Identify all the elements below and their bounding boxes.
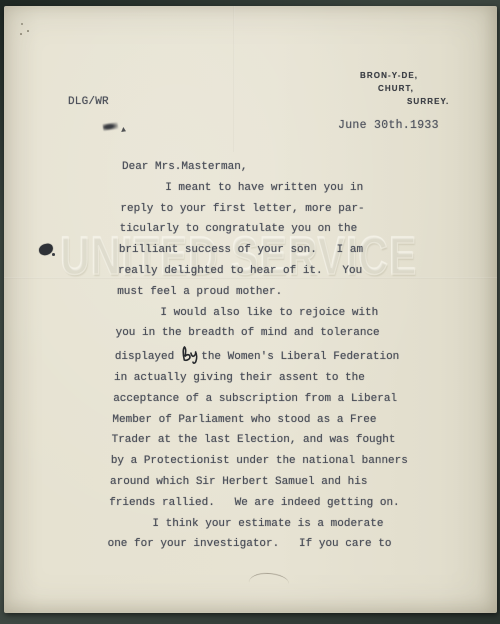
letter-line: Dear Mrs.Masterman, <box>122 157 408 178</box>
paper-speck <box>21 23 23 25</box>
letter-line: I would also like to rejoice with <box>116 303 407 324</box>
ink-smudge <box>103 122 119 131</box>
letter-body: Dear Mrs.Masterman,I meant to have writt… <box>122 157 408 555</box>
letterhead-address-line-3: SURREY. <box>407 97 449 106</box>
letter-line: by a Protectionist under the national ba… <box>111 451 408 472</box>
letter-line: Member of Parliament who stood as a Free <box>112 410 407 431</box>
pencil-mark <box>249 572 289 584</box>
letter-page: UNITED SERVICE BRON-Y-DE, CHURT, SURREY.… <box>4 6 497 613</box>
letter-line: friends rallied. We are indeed getting o… <box>109 493 408 514</box>
letter-line: really delighted to hear of it. You <box>118 261 408 282</box>
typist-reference: DLG/WR <box>68 96 109 108</box>
letter-line: I think your estimate is a moderate <box>108 514 407 535</box>
letter-line: acceptance of a subscription from a Libe… <box>113 389 408 410</box>
letterhead-address-line-1: BRON-Y-DE, <box>360 71 418 80</box>
ink-smudge-dot <box>120 127 126 132</box>
paper-fold-vertical <box>233 6 235 152</box>
line-text: the Women's Liberal Federation <box>201 351 399 363</box>
letter-line: Trader at the last Election, and was fou… <box>112 430 408 451</box>
letter-line: in actually giving their assent to the <box>114 368 408 389</box>
letter-line: one for your investigator. If you care t… <box>108 534 408 555</box>
letter-line: around which Sir Herbert Samuel and his <box>110 472 408 493</box>
line-text: displayed <box>115 351 174 363</box>
handwritten-by-insert <box>179 344 198 365</box>
letter-line: brilliant success of your son. I am <box>119 240 408 261</box>
paper-speck <box>27 30 29 32</box>
paper-speck <box>20 33 22 35</box>
letter-date: June 30th.1933 <box>338 119 439 132</box>
letter-line: you in the breadth of mind and tolerance <box>116 323 408 344</box>
letter-photo: UNITED SERVICE BRON-Y-DE, CHURT, SURREY.… <box>0 0 500 624</box>
letter-line: I meant to have written you in <box>121 178 408 199</box>
letterhead-address-line-2: CHURT, <box>378 84 414 93</box>
letter-line: reply to your first letter, more par- <box>120 199 407 220</box>
letter-line: must feel a proud mother. <box>117 282 408 303</box>
ink-blot-dot <box>52 253 55 256</box>
letter-line: ticularly to congratulate you on the <box>120 219 408 240</box>
letter-line: displayedthe Women's Liberal Federation <box>115 344 408 368</box>
